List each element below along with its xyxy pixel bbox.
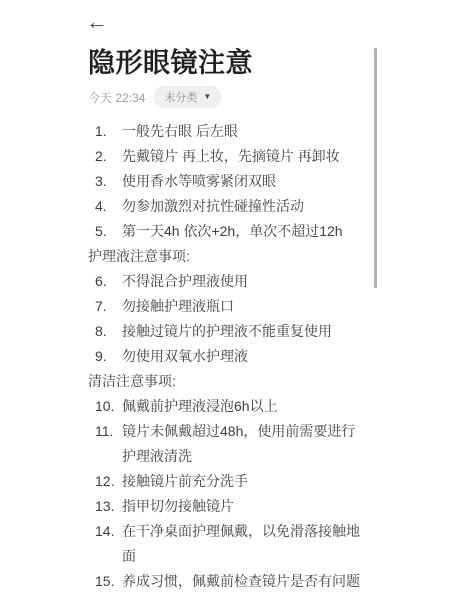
list-item-number: 13. [95, 494, 122, 519]
list-item: 10. 佩戴前护理液浸泡6h以上 [88, 394, 450, 419]
list-item-text: 接触过镜片的护理液不能重复使用 [122, 319, 332, 344]
list-item-text: 使用香水等喷雾紧闭双眼 [122, 169, 276, 194]
note-body[interactable]: 1. 一般先右眼 后左眼 2. 先戴镜片 再上妆，先摘镜片 再卸妆 3. 使用香… [88, 119, 450, 594]
note-timestamp: 今天 22:34 [88, 89, 145, 106]
list-item-text: 第一天4h 依次+2h，单次不超过12h [122, 219, 343, 244]
note-editor-page: ← 隐形眼镜注意 今天 22:34 未分类 ▼ 1. 一般先右眼 后左眼 2. … [0, 0, 450, 594]
list-item-text: 在干净桌面护理佩戴，以免滑落接触地面 [122, 519, 362, 569]
list-item: 14. 在干净桌面护理佩戴，以免滑落接触地面 [88, 519, 450, 569]
note-meta-row: 今天 22:34 未分类 ▼ [88, 87, 450, 107]
list-item: 12. 接触镜片前充分洗手 [88, 469, 450, 494]
list-item-text: 不得混合护理液使用 [122, 269, 248, 294]
list-item-number: 2. [95, 144, 122, 169]
list-item-number: 3. [95, 169, 122, 194]
list-item: 9. 勿使用双氧水护理液 [88, 344, 450, 369]
list-item-number: 14. [95, 519, 122, 544]
list-item: 6. 不得混合护理液使用 [88, 269, 450, 294]
list-item: 8. 接触过镜片的护理液不能重复使用 [88, 319, 450, 344]
list-item-number: 12. [95, 469, 122, 494]
list-item-number: 10. [95, 394, 122, 419]
category-badge[interactable]: 未分类 ▼ [154, 86, 221, 108]
list-item-number: 5. [95, 219, 122, 244]
list-item-number: 1. [95, 119, 122, 144]
list-item-text: 镜片未佩戴超过48h，使用前需要进行护理液清洗 [122, 419, 362, 469]
list-item: 3. 使用香水等喷雾紧闭双眼 [88, 169, 450, 194]
list-item: 4. 勿参加激烈对抗性碰撞性活动 [88, 194, 450, 219]
section-header: 清洁注意事项: [88, 369, 450, 394]
list-item: 7. 勿接触护理液瓶口 [88, 294, 450, 319]
list-item-text: 勿使用双氧水护理液 [122, 344, 248, 369]
list-item-text: 接触镜片前充分洗手 [122, 469, 248, 494]
list-item-number: 11. [95, 419, 122, 444]
list-item-text: 养成习惯，佩戴前检查镜片是否有问题 [122, 569, 360, 594]
list-item: 2. 先戴镜片 再上妆，先摘镜片 再卸妆 [88, 144, 450, 169]
list-item-number: 15. [95, 569, 122, 594]
chevron-down-icon: ▼ [203, 93, 211, 101]
list-item-number: 7. [95, 294, 122, 319]
note-title[interactable]: 隐形眼镜注意 [88, 48, 450, 78]
back-button[interactable]: ← [86, 12, 108, 32]
list-item-text: 一般先右眼 后左眼 [122, 119, 238, 144]
list-item-number: 9. [95, 344, 122, 369]
list-item-number: 6. [95, 269, 122, 294]
list-item: 15. 养成习惯，佩戴前检查镜片是否有问题 [88, 569, 450, 594]
category-label: 未分类 [164, 89, 197, 105]
list-item-text: 勿参加激烈对抗性碰撞性活动 [122, 194, 304, 219]
list-item-text: 勿接触护理液瓶口 [122, 294, 234, 319]
list-item-text: 佩戴前护理液浸泡6h以上 [122, 394, 278, 419]
section-header: 护理液注意事项: [88, 244, 450, 269]
list-item: 5. 第一天4h 依次+2h，单次不超过12h [88, 219, 450, 244]
list-item: 1. 一般先右眼 后左眼 [88, 119, 450, 144]
list-item-text: 指甲切勿接触镜片 [122, 494, 234, 519]
scrollbar-thumb[interactable] [374, 48, 377, 288]
list-item-number: 4. [95, 194, 122, 219]
list-item-text: 先戴镜片 再上妆，先摘镜片 再卸妆 [122, 144, 340, 169]
list-item: 13. 指甲切勿接触镜片 [88, 494, 450, 519]
list-item: 11. 镜片未佩戴超过48h，使用前需要进行护理液清洗 [88, 419, 450, 469]
list-item-number: 8. [95, 319, 122, 344]
